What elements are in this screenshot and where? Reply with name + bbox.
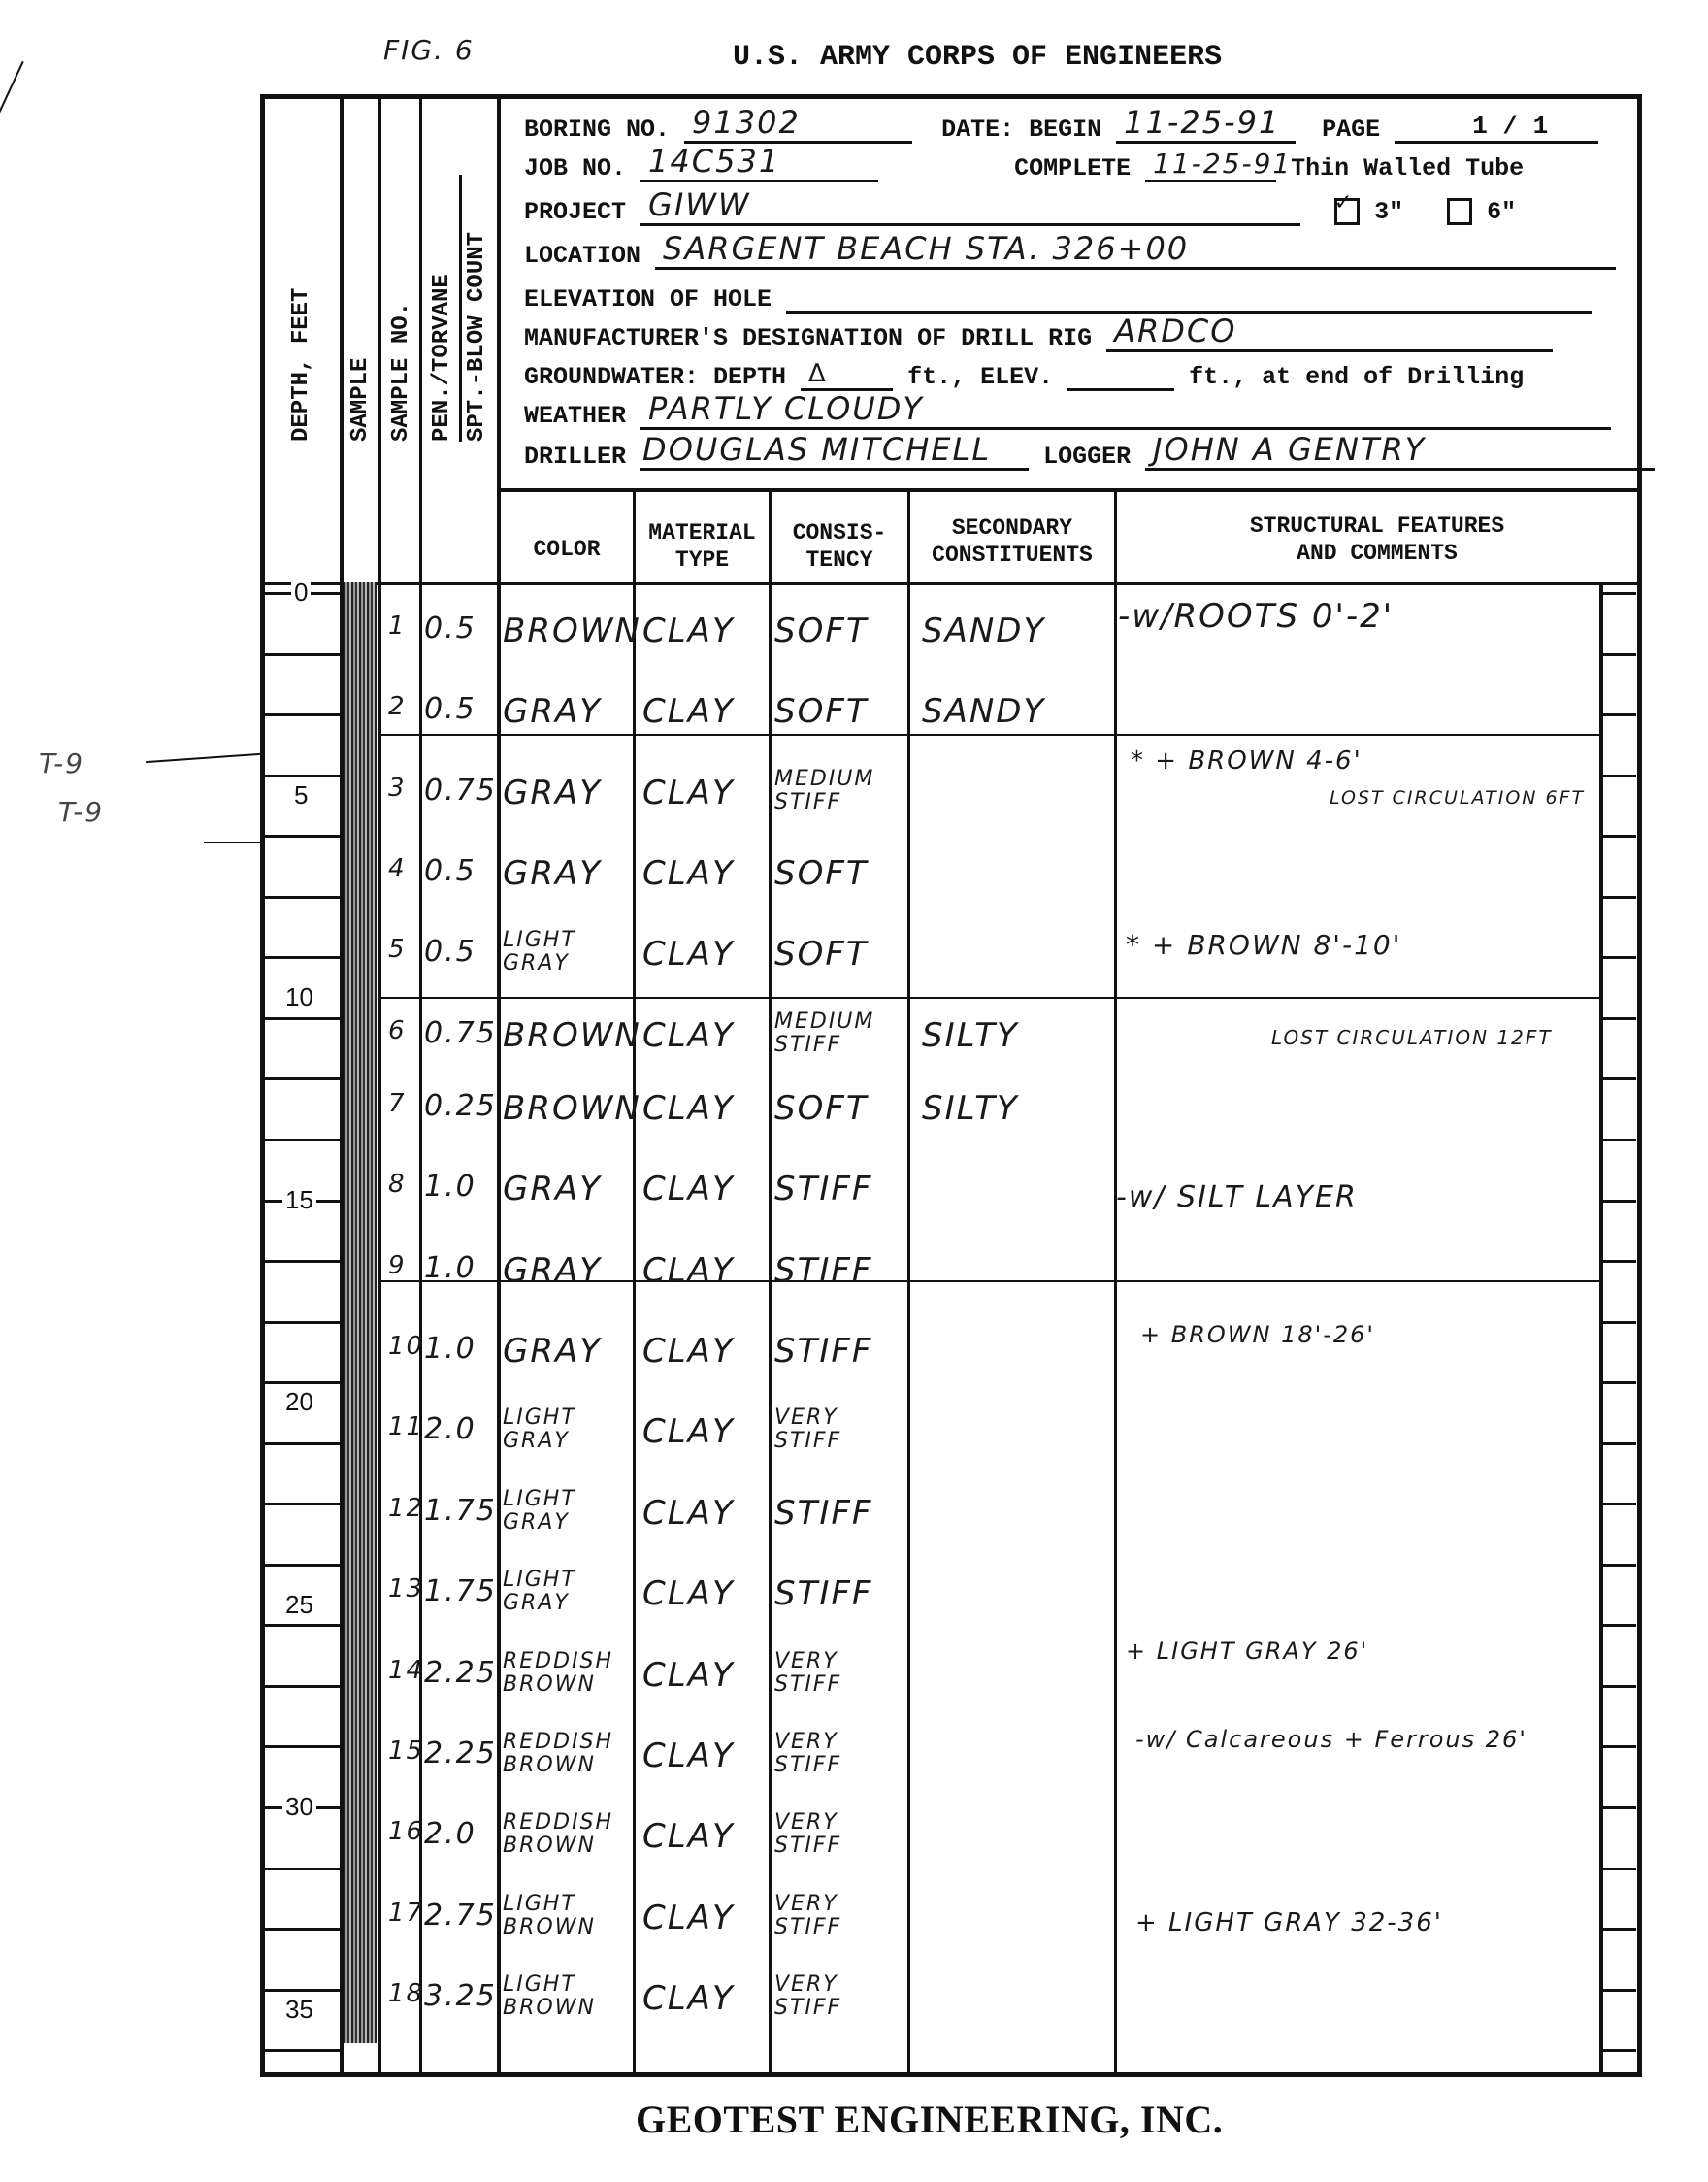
cell-material: CLAY	[642, 1817, 735, 1856]
driller-value: DOUGLAS MITCHELL	[642, 431, 991, 468]
cell-consistency: MEDIUMSTIFF	[774, 768, 874, 814]
depth-tick	[265, 1624, 341, 1627]
agency-title: U.S. ARMY CORPS OF ENGINEERS	[733, 41, 1222, 74]
depth-label: 0	[291, 578, 311, 608]
job-no-value: 14C531	[648, 143, 780, 180]
comment-text: + LIGHT GRAY 32-36'	[1135, 1908, 1443, 1937]
weather-field[interactable]: PARTLY CLOUDY	[640, 398, 1611, 430]
cell-pen: 1.75	[424, 1574, 497, 1608]
ft-elev-label: ft., ELEV.	[907, 363, 1053, 391]
page-value: 1 / 1	[1472, 112, 1548, 141]
job-no-field[interactable]: 14C531	[640, 150, 878, 182]
cell-consistency: SOFT	[774, 612, 869, 650]
cell-material: CLAY	[642, 1979, 735, 2018]
depth-tick	[265, 1745, 341, 1748]
groundwater-elev-field[interactable]	[1067, 359, 1174, 391]
checkbox-checked-icon[interactable]: ✓	[1334, 198, 1360, 225]
cell-color: BROWN	[503, 1016, 641, 1055]
comment-text: -w/ SILT LAYER	[1116, 1180, 1358, 1214]
comment-text: * + BROWN 8'-10'	[1126, 929, 1401, 961]
col-secondary-header-line1: SECONDARY	[910, 514, 1114, 542]
cell-no: 1	[388, 612, 407, 641]
tube-6in-label: 6"	[1487, 198, 1516, 226]
cell-color: GRAY	[503, 692, 602, 731]
cell-pen: 2.0	[424, 1412, 476, 1446]
drill-rig-label: MANUFACTURER'S DESIGNATION OF DRILL RIG	[524, 324, 1092, 352]
col-sample-no-header: SAMPLE NO.	[388, 302, 414, 442]
date-begin-value: 11-25-91	[1124, 104, 1280, 141]
col-sample-header: SAMPLE	[347, 358, 374, 442]
cell-pen: 2.0	[424, 1817, 476, 1851]
depth-tick-right	[1603, 1503, 1636, 1505]
cell-material: CLAY	[642, 612, 735, 650]
cell-no: 10	[388, 1332, 424, 1361]
col-color-header: COLOR	[501, 536, 633, 563]
depth-tick-right	[1603, 1017, 1636, 1020]
layer-divider	[378, 997, 1601, 999]
depth-tick	[265, 713, 341, 716]
cell-consistency: SOFT	[774, 1089, 869, 1128]
depth-tick	[265, 1077, 341, 1080]
col-structural-header: STRUCTURAL FEATURES AND COMMENTS	[1117, 512, 1637, 567]
depth-tick	[265, 1989, 341, 1992]
cell-material: CLAY	[642, 1016, 735, 1055]
cell-consistency: STIFF	[774, 1251, 873, 1290]
depth-label: 35	[282, 1995, 316, 2025]
col-secondary-header-line2: CONSTITUENTS	[910, 542, 1114, 569]
frame-bottom	[260, 2072, 1642, 2077]
cell-pen: 0.75	[424, 774, 497, 808]
drill-rig-value: ARDCO	[1114, 313, 1236, 349]
driller-label: DRILLER	[524, 443, 626, 471]
cell-no: 16	[388, 1817, 424, 1846]
cell-consistency: STIFF	[774, 1574, 873, 1613]
frame-right	[1637, 94, 1642, 2077]
date-begin-field[interactable]: 11-25-91	[1116, 112, 1296, 144]
cell-no: 12	[388, 1494, 424, 1523]
drill-rig-row: MANUFACTURER'S DESIGNATION OF DRILL RIG …	[524, 320, 1553, 352]
depth-tick	[265, 1381, 341, 1384]
date-begin-label: DATE: BEGIN	[941, 116, 1101, 144]
cell-color: REDDISHBROWN	[503, 1811, 613, 1858]
depth-tick-right	[1603, 592, 1636, 595]
job-no-label: JOB NO.	[524, 154, 626, 182]
cell-pen: 0.25	[424, 1089, 497, 1123]
depth-tick	[265, 1685, 341, 1688]
cell-pen: 1.0	[424, 1332, 476, 1366]
col-divider	[419, 94, 422, 2077]
col-material-header: MATERIAL TYPE	[636, 519, 769, 574]
elevation-label: ELEVATION OF HOLE	[524, 285, 772, 314]
groundwater-depth-field[interactable]: ∆	[801, 359, 893, 391]
cell-material: CLAY	[642, 1170, 735, 1208]
cell-consistency: VERYSTIFF	[774, 1406, 841, 1453]
depth-label: 5	[291, 780, 311, 810]
cell-color: REDDISHBROWN	[503, 1731, 613, 1777]
cell-consistency: SOFT	[774, 935, 869, 974]
cell-consistency: STIFF	[774, 1332, 873, 1371]
cell-secondary: SILTY	[922, 1089, 1019, 1128]
cell-material: CLAY	[642, 1899, 735, 1937]
depth-tick-right	[1603, 896, 1636, 899]
frame-top	[260, 94, 1642, 99]
depth-tick	[265, 896, 341, 899]
cell-secondary: SANDY	[922, 612, 1045, 650]
comment-text: + LIGHT GRAY 26'	[1126, 1637, 1368, 1665]
depth-tick-right	[1603, 1077, 1636, 1080]
cell-color: LIGHTGRAY	[503, 929, 576, 975]
col-divider	[633, 490, 636, 2077]
margin-pointer-line	[146, 753, 260, 763]
cell-consistency: VERYSTIFF	[774, 1731, 841, 1777]
col-pen-header: PEN./TORVANE	[429, 274, 455, 442]
cell-consistency: VERYSTIFF	[774, 1650, 841, 1697]
depth-label: 20	[282, 1387, 316, 1417]
tube-3in-label: 3"	[1374, 198, 1403, 226]
cell-color: REDDISHBROWN	[503, 1650, 613, 1697]
page-label: PAGE	[1322, 116, 1380, 144]
depth-tick-right	[1603, 1928, 1636, 1931]
cell-pen: 1.75	[424, 1494, 497, 1528]
cell-consistency: SOFT	[774, 854, 869, 893]
cell-pen: 2.25	[424, 1656, 497, 1690]
cell-material: CLAY	[642, 1736, 735, 1775]
col-divider	[769, 490, 772, 2077]
cell-pen: 3.25	[424, 1979, 497, 2013]
cell-consistency: STIFF	[774, 1170, 873, 1208]
margin-pointer-line	[204, 842, 260, 843]
comment-text: -w/ROOTS 0'-2'	[1118, 597, 1394, 636]
depth-tick-right	[1603, 1442, 1636, 1445]
cell-consistency: SOFT	[774, 692, 869, 731]
cell-no: 2	[388, 692, 407, 721]
cell-pen: 0.5	[424, 612, 476, 645]
cell-pen: 0.5	[424, 692, 476, 726]
cell-color: GRAY	[503, 854, 602, 893]
col-depth-header: DEPTH, FEET	[288, 288, 314, 442]
company-footer: GEOTEST ENGINEERING, INC.	[636, 2097, 1223, 2142]
cell-no: 3	[388, 774, 407, 803]
cell-color: BROWN	[503, 612, 641, 650]
cell-consistency: VERYSTIFF	[774, 1811, 841, 1858]
cell-no: 13	[388, 1574, 424, 1603]
cell-material: CLAY	[642, 1251, 735, 1290]
cell-pen: 0.5	[424, 935, 476, 969]
logger-field[interactable]: JOHN A GENTRY	[1145, 439, 1655, 471]
driller-field[interactable]: DOUGLAS MITCHELL	[640, 439, 1029, 471]
cell-no: 15	[388, 1736, 424, 1766]
depth-tick-right	[1603, 1685, 1636, 1688]
cell-material: CLAY	[642, 1494, 735, 1533]
col-structural-header-line2: AND COMMENTS	[1117, 540, 1637, 567]
driller-row: DRILLER DOUGLAS MITCHELL LOGGER JOHN A G…	[524, 439, 1655, 471]
location-field[interactable]: SARGENT BEACH STA. 326+00	[655, 238, 1616, 270]
end-of-drilling-label: ft., at end of Drilling	[1189, 363, 1524, 391]
col-consistency-header-line1: CONSIS-	[772, 519, 907, 546]
drill-rig-field[interactable]: ARDCO	[1106, 320, 1553, 352]
cell-color: LIGHTGRAY	[503, 1569, 576, 1615]
cell-no: 5	[388, 935, 407, 964]
depth-tick-right	[1603, 1745, 1636, 1748]
location-label: LOCATION	[524, 242, 640, 270]
depth-tick-right	[1603, 653, 1636, 656]
header-divider	[497, 488, 1642, 492]
cell-material: CLAY	[642, 1089, 735, 1128]
cell-no: 6	[388, 1016, 407, 1045]
depth-label: 25	[282, 1590, 316, 1620]
cell-pen: 1.0	[424, 1170, 476, 1204]
depth-tick	[265, 2049, 341, 2052]
cell-consistency: STIFF	[774, 1494, 873, 1533]
cell-color: LIGHTGRAY	[503, 1406, 576, 1453]
checkbox-empty-icon[interactable]	[1447, 198, 1472, 225]
depth-tick-right	[1603, 835, 1636, 838]
cell-color: BROWN	[503, 1089, 641, 1128]
cell-color: GRAY	[503, 1251, 602, 1290]
comment-text: LOST CIRCULATION 12FT	[1271, 1026, 1553, 1049]
cell-color: GRAY	[503, 1332, 602, 1371]
depth-tick	[265, 1564, 341, 1567]
depth-tick	[265, 1260, 341, 1263]
groundwater-label: GROUNDWATER: DEPTH	[524, 363, 786, 391]
tube-6in-option[interactable]: 6"	[1447, 198, 1516, 226]
col-divider	[497, 94, 501, 2077]
depth-tick	[265, 775, 341, 777]
comment-text: + BROWN 18'-26'	[1140, 1321, 1375, 1348]
project-value: GIWW	[648, 186, 751, 223]
boring-row: BORING NO. 91302 DATE: BEGIN 11-25-91 PA…	[524, 112, 1598, 144]
project-row: PROJECT GIWW ✓ 3" 6"	[524, 194, 1516, 226]
cell-no: 18	[388, 1979, 424, 2008]
cell-no: 9	[388, 1251, 407, 1280]
weather-label: WEATHER	[524, 402, 626, 430]
cell-material: CLAY	[642, 1574, 735, 1613]
frame-left	[260, 94, 265, 2077]
weather-value: PARTLY CLOUDY	[648, 390, 924, 427]
cell-consistency: VERYSTIFF	[774, 1973, 841, 2020]
tube-3in-option[interactable]: ✓ 3"	[1334, 198, 1403, 226]
layer-divider	[378, 734, 1601, 736]
cell-consistency: MEDIUMSTIFF	[774, 1010, 874, 1057]
cell-secondary: SILTY	[922, 1016, 1019, 1055]
sample-core-graphic	[344, 582, 377, 2043]
comment-text: -w/ Calcareous + Ferrous 26'	[1135, 1726, 1527, 1753]
col-material-header-line2: TYPE	[636, 546, 769, 574]
cell-material: CLAY	[642, 854, 735, 893]
cell-color: GRAY	[503, 774, 602, 812]
comment-text: LOST CIRCULATION 6FT	[1330, 787, 1585, 809]
depth-tick-right	[1603, 1321, 1636, 1324]
depth-tick-right	[1603, 1381, 1636, 1384]
depth-tick-right	[1603, 713, 1636, 716]
cell-material: CLAY	[642, 692, 735, 731]
depth-tick-right	[1603, 1806, 1636, 1809]
boring-no-value: 91302	[692, 104, 801, 141]
cell-color: LIGHTBROWN	[503, 1893, 596, 1939]
boring-no-field[interactable]: 91302	[684, 112, 912, 144]
cell-no: 17	[388, 1899, 424, 1928]
cell-no: 4	[388, 854, 407, 883]
groundwater-row: GROUNDWATER: DEPTH ∆ ft., ELEV. ft., at …	[524, 359, 1524, 391]
depth-tick-right	[1603, 1624, 1636, 1627]
date-complete-field[interactable]: 11-25-91	[1145, 150, 1276, 182]
depth-tick-right	[1603, 775, 1636, 777]
cell-no: 7	[388, 1089, 407, 1118]
depth-tick	[265, 835, 341, 838]
weather-row: WEATHER PARTLY CLOUDY	[524, 398, 1611, 430]
page-field[interactable]: 1 / 1	[1395, 112, 1598, 144]
depth-tick	[265, 1321, 341, 1324]
cell-secondary: SANDY	[922, 692, 1045, 731]
depth-label: 10	[282, 982, 316, 1012]
col-structural-header-line1: STRUCTURAL FEATURES	[1117, 512, 1637, 540]
depth-tick	[265, 1139, 341, 1141]
cell-consistency: VERYSTIFF	[774, 1893, 841, 1939]
cell-material: CLAY	[642, 1412, 735, 1451]
cell-material: CLAY	[642, 1656, 735, 1695]
depth-tick-right	[1603, 1868, 1636, 1870]
cell-color: LIGHTGRAY	[503, 1488, 576, 1535]
cell-no: 14	[388, 1656, 424, 1685]
cell-color: LIGHTBROWN	[503, 1973, 596, 2020]
margin-note: T-9	[58, 796, 104, 828]
date-complete-label: COMPLETE	[1014, 154, 1131, 182]
project-label: PROJECT	[524, 198, 626, 226]
elevation-row: ELEVATION OF HOLE	[524, 281, 1592, 314]
figure-note: FIG. 6	[383, 34, 475, 66]
depth-tick	[265, 1017, 341, 1020]
depth-tick	[265, 653, 341, 656]
col-consistency-header: CONSIS- TENCY	[772, 519, 907, 574]
depth-tick-right	[1603, 1200, 1636, 1203]
depth-label: 30	[282, 1792, 316, 1822]
date-complete-value: 11-25-91	[1153, 148, 1292, 180]
depth-tick	[265, 956, 341, 959]
cell-pen: 0.75	[424, 1016, 497, 1050]
margin-note: T-9	[39, 747, 84, 779]
cell-no: 11	[388, 1412, 424, 1441]
groundwater-depth-value: ∆	[808, 359, 827, 388]
project-field[interactable]: GIWW	[640, 194, 1300, 226]
job-row: JOB NO. 14C531 COMPLETE 11-25-91 Thin Wa…	[524, 150, 1524, 182]
cell-material: CLAY	[642, 1332, 735, 1371]
cell-material: CLAY	[642, 774, 735, 812]
depth-tick-right	[1603, 1139, 1636, 1141]
col-spt-header: SPT.-BLOW COUNT	[464, 232, 490, 442]
col-divider	[1114, 490, 1117, 2077]
cell-pen: 1.0	[424, 1251, 476, 1285]
depth-tick	[265, 1503, 341, 1505]
depth-tick	[265, 1928, 341, 1931]
location-value: SARGENT BEACH STA. 326+00	[663, 230, 1189, 267]
pen-fraction-line	[459, 175, 462, 442]
cell-pen: 2.25	[424, 1736, 497, 1770]
location-row: LOCATION SARGENT BEACH STA. 326+00	[524, 238, 1616, 270]
col-divider	[907, 490, 910, 2077]
elevation-field[interactable]	[786, 281, 1592, 314]
col-secondary-header: SECONDARY CONSTITUENTS	[910, 514, 1114, 569]
cell-no: 8	[388, 1170, 407, 1199]
depth-tick	[265, 1868, 341, 1870]
col-consistency-header-line2: TENCY	[772, 546, 907, 574]
depth-tick-right	[1603, 1989, 1636, 1992]
depth-tick-right	[1603, 956, 1636, 959]
cell-pen: 0.5	[424, 854, 476, 888]
depth-label: 15	[282, 1185, 316, 1215]
comment-text: * + BROWN 4-6'	[1131, 746, 1363, 776]
logger-value: JOHN A GENTRY	[1153, 431, 1426, 468]
column-header-divider	[260, 582, 1642, 585]
tube-label: Thin Walled Tube	[1291, 154, 1524, 182]
boring-no-label: BORING NO.	[524, 116, 670, 144]
col-material-header-line1: MATERIAL	[636, 519, 769, 546]
depth-tick-right	[1603, 1564, 1636, 1567]
depth-tick	[265, 1442, 341, 1445]
cell-pen: 2.75	[424, 1899, 497, 1933]
cell-material: CLAY	[642, 935, 735, 974]
margin-mark	[0, 61, 24, 123]
col-divider	[1599, 582, 1603, 2077]
cell-color: GRAY	[503, 1170, 602, 1208]
col-divider	[378, 94, 381, 2077]
depth-tick-right	[1603, 1260, 1636, 1263]
logger-label: LOGGER	[1043, 443, 1131, 471]
depth-tick-right	[1603, 2049, 1636, 2052]
